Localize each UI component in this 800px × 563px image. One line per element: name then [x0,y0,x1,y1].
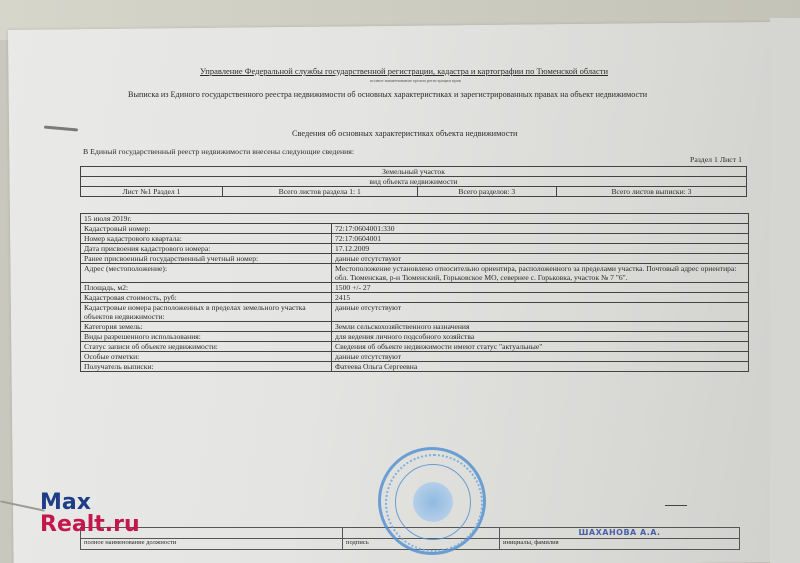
row-value: Земли сельскохозяйственного назначения [332,322,749,332]
table-row: Категория земель:Земли сельскохозяйствен… [81,322,749,332]
row-label: Виды разрешенного использования: [81,332,332,342]
official-stamp-icon [378,447,486,555]
row-value: 2415 [332,293,749,303]
row-value: Сведения об объекте недвижимости имеют с… [332,342,749,352]
coat-of-arms-icon [413,482,453,522]
row-label: Адрес (местоположение): [81,264,332,283]
row-label: Кадастровые номера расположенных в преде… [81,303,332,322]
organization-caption: полное наименование органа регистрации п… [370,78,461,83]
table-row: Адрес (местоположение):Местоположение ус… [81,264,749,283]
table-row: Виды разрешенного использования:для веде… [81,332,749,342]
position-caption: полное наименование должности [81,539,343,550]
row-label: Получатель выписки: [81,362,332,372]
header-cell: Всего листов выписки: 3 [556,187,746,197]
signature-dash [665,505,687,506]
object-type: Земельный участок [81,167,747,177]
row-label: Площадь, м2: [81,283,332,293]
info-table: 15 июля 2019г. Кадастровый номер:72:17:0… [80,213,749,372]
row-label: Кадастровая стоимость, руб: [81,293,332,303]
organization-name: Управление Федеральной службы государств… [200,66,608,76]
table-row: Статус записи об объекте недвижимости:Св… [81,342,749,352]
header-cell: Лист №1 Раздел 1 [81,187,223,197]
row-label: Кадастровый номер: [81,224,332,234]
row-label: Статус записи об объекте недвижимости: [81,342,332,352]
row-label: Категория земель: [81,322,332,332]
table-row: Ранее присвоенный государственный учетны… [81,254,749,264]
table-row: Кадастровая стоимость, руб:2415 [81,293,749,303]
table-row: Дата присвоения кадастрового номера:17.1… [81,244,749,254]
table-row: Кадастровый номер:72:17:0604001:330 [81,224,749,234]
row-value: данные отсутствуют [332,254,749,264]
name-caption: инициалы, фамилия [500,539,740,550]
object-type-caption: вид объекта недвижимости [81,177,747,187]
row-label: Особые отметки: [81,352,332,362]
row-value: Фатеева Ольга Сергеевна [332,362,749,372]
header-cell: Всего разделов: 3 [417,187,556,197]
table-row: Кадастровые номера расположенных в преде… [81,303,749,322]
intro-text: В Единый государственный реестр недвижим… [83,147,354,156]
row-value: 17.12.2009 [332,244,749,254]
watermark-logo: Max Realt.ru [40,492,140,536]
table-row: Особые отметки:данные отсутствуют [81,352,749,362]
row-value: данные отсутствуют [332,352,749,362]
row-value: Местоположение установлено относительно … [332,264,749,283]
page-edge [770,18,800,563]
row-value: 72:17:0604001 [332,234,749,244]
extract-title: Выписка из Единого государственного реес… [128,90,647,99]
header-cell: Всего листов раздела 1: 1 [222,187,417,197]
table-row: Получатель выписки:Фатеева Ольга Сергеев… [81,362,749,372]
table-row: Площадь, м2:1500 +/- 27 [81,283,749,293]
row-value: для ведения личного подсобного хозяйства [332,332,749,342]
header-table: Земельный участок вид объекта недвижимос… [80,166,747,197]
row-value: 1500 +/- 27 [332,283,749,293]
extract-date: 15 июля 2019г. [81,214,749,224]
signer-name: ШАХАНОВА А.А. [500,528,740,539]
section-title: Сведения об основных характеристиках объ… [292,129,517,138]
logo-line-2: Realt.ru [40,514,140,536]
logo-line-1: Max [40,492,140,514]
row-label: Ранее присвоенный государственный учетны… [81,254,332,264]
table-row: Номер кадастрового квартала:72:17:060400… [81,234,749,244]
row-label: Номер кадастрового квартала: [81,234,332,244]
row-label: Дата присвоения кадастрового номера: [81,244,332,254]
sheet-reference: Раздел 1 Лист 1 [690,155,742,164]
row-value: 72:17:0604001:330 [332,224,749,234]
row-value: данные отсутствуют [332,303,749,322]
